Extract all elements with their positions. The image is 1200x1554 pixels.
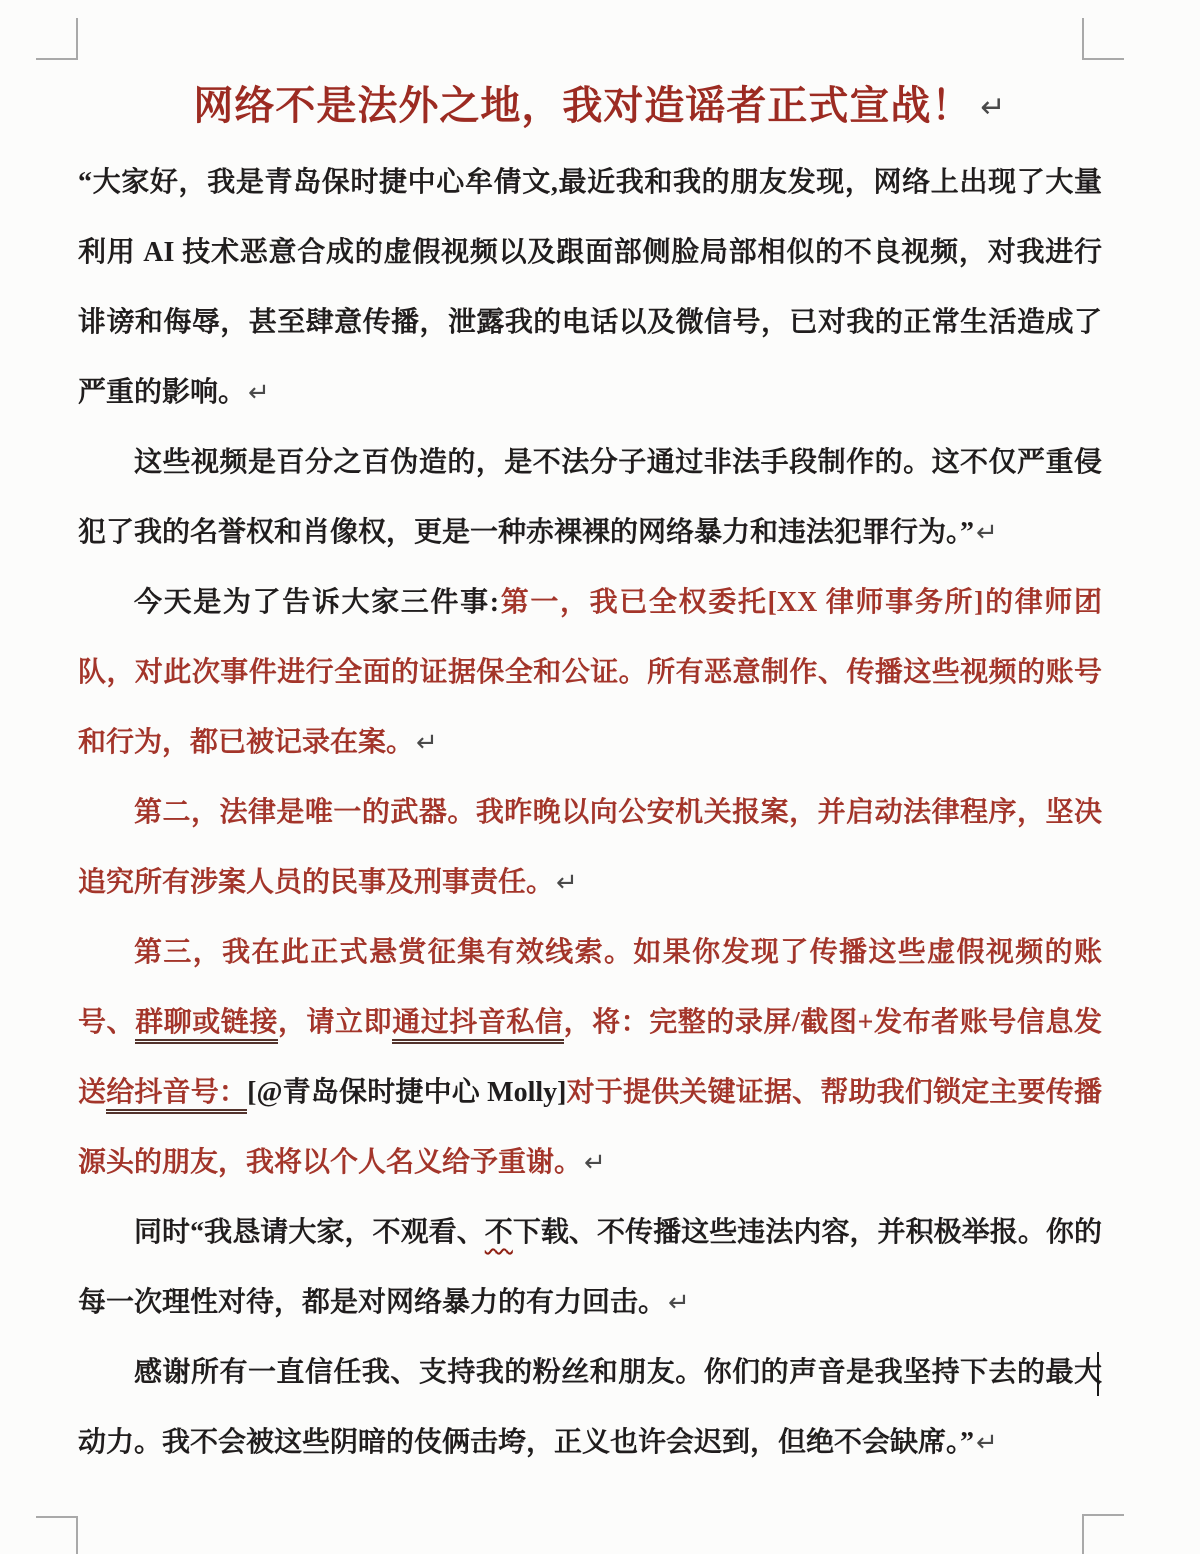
paragraph-return-mark: ↵ xyxy=(582,1148,606,1178)
paragraph-return-mark: ↵ xyxy=(666,1288,690,1318)
paragraph-return-mark: ↵ xyxy=(414,728,438,758)
paragraph-text: 同时“我恳请大家，不观看、 xyxy=(134,1217,485,1248)
title-text: 网络不是法外之地，我对造谣者正式宣战！ xyxy=(193,83,972,128)
paragraph-return-mark: ↵ xyxy=(554,868,578,898)
paragraph-thanks: 感谢所有一直信任我、支持我的粉丝和朋友。你们的声音是我坚持下去的最大动力。我不会… xyxy=(78,1338,1102,1478)
paragraph-text-red: ，请立即 xyxy=(278,1007,392,1038)
crop-mark-top-right-icon xyxy=(1082,18,1124,60)
crop-mark-bottom-left-icon xyxy=(36,1516,78,1554)
paragraph-appeal: 同时“我恳请大家，不观看、不下载、不传播这些违法内容，并积极举报。你的每一次理性… xyxy=(78,1198,1102,1338)
paragraph-point-three: 第三，我在此正式悬赏征集有效线索。如果你发现了传播这些虚假视频的账号、群聊或链接… xyxy=(78,918,1102,1198)
paragraph-text: 这些视频是百分之百伪造的，是不法分子通过非法手段制作的。这不仅严重侵犯了我的名誉… xyxy=(78,447,1102,548)
paragraph-point-one: 今天是为了告诉大家三件事:第一，我已全权委托[XX 律师事务所]的律师团队，对此… xyxy=(78,568,1102,778)
document-title: 网络不是法外之地，我对造谣者正式宣战！↵ xyxy=(0,74,1200,131)
paragraph-return-mark: ↵ xyxy=(974,518,998,548)
paragraph-text: “大家好，我是青岛保时捷中心牟倩文,最近我和我的朋友发现，网络上出现了大量利用 … xyxy=(78,167,1102,408)
underlined-phrase-douyin-account: 给抖音号： xyxy=(106,1077,247,1114)
crop-mark-bottom-right-icon xyxy=(1082,1514,1124,1554)
paragraph-return-mark: ↵ xyxy=(974,1428,998,1458)
paragraph-point-two: 第二，法律是唯一的武器。我昨晚以向公安机关报案，并启动法律程序，坚决追究所有涉案… xyxy=(78,778,1102,918)
paragraph-return-mark: ↵ xyxy=(978,90,1006,125)
text-cursor[interactable] xyxy=(1097,1352,1099,1396)
spellcheck-squiggle-char: 不 xyxy=(485,1217,513,1248)
crop-mark-top-left-icon xyxy=(36,18,78,60)
account-handle: [@青岛保时捷中心 Molly] xyxy=(247,1077,566,1108)
underlined-phrase-group-chat: 群聊或链接 xyxy=(135,1007,278,1044)
underlined-phrase-douyin-dm: 通过抖音私信 xyxy=(392,1007,563,1044)
paragraph-text: 感谢所有一直信任我、支持我的粉丝和朋友。你们的声音是我坚持下去的最大动力。我不会… xyxy=(78,1357,1102,1458)
paragraph-text-red: 第二，法律是唯一的武器。我昨晚以向公安机关报案，并启动法律程序，坚决追究所有涉案… xyxy=(78,797,1102,898)
paragraph-fake-videos: 这些视频是百分之百伪造的，是不法分子通过非法手段制作的。这不仅严重侵犯了我的名誉… xyxy=(78,428,1102,568)
paragraph-intro: “大家好，我是青岛保时捷中心牟倩文,最近我和我的朋友发现，网络上出现了大量利用 … xyxy=(78,148,1102,428)
paragraph-return-mark: ↵ xyxy=(246,378,270,408)
paragraph-text: 今天是为了告诉大家三件事: xyxy=(134,587,499,618)
document-page: 网络不是法外之地，我对造谣者正式宣战！↵ “大家好，我是青岛保时捷中心牟倩文,最… xyxy=(0,0,1200,1554)
document-body[interactable]: “大家好，我是青岛保时捷中心牟倩文,最近我和我的朋友发现，网络上出现了大量利用 … xyxy=(78,148,1102,1478)
